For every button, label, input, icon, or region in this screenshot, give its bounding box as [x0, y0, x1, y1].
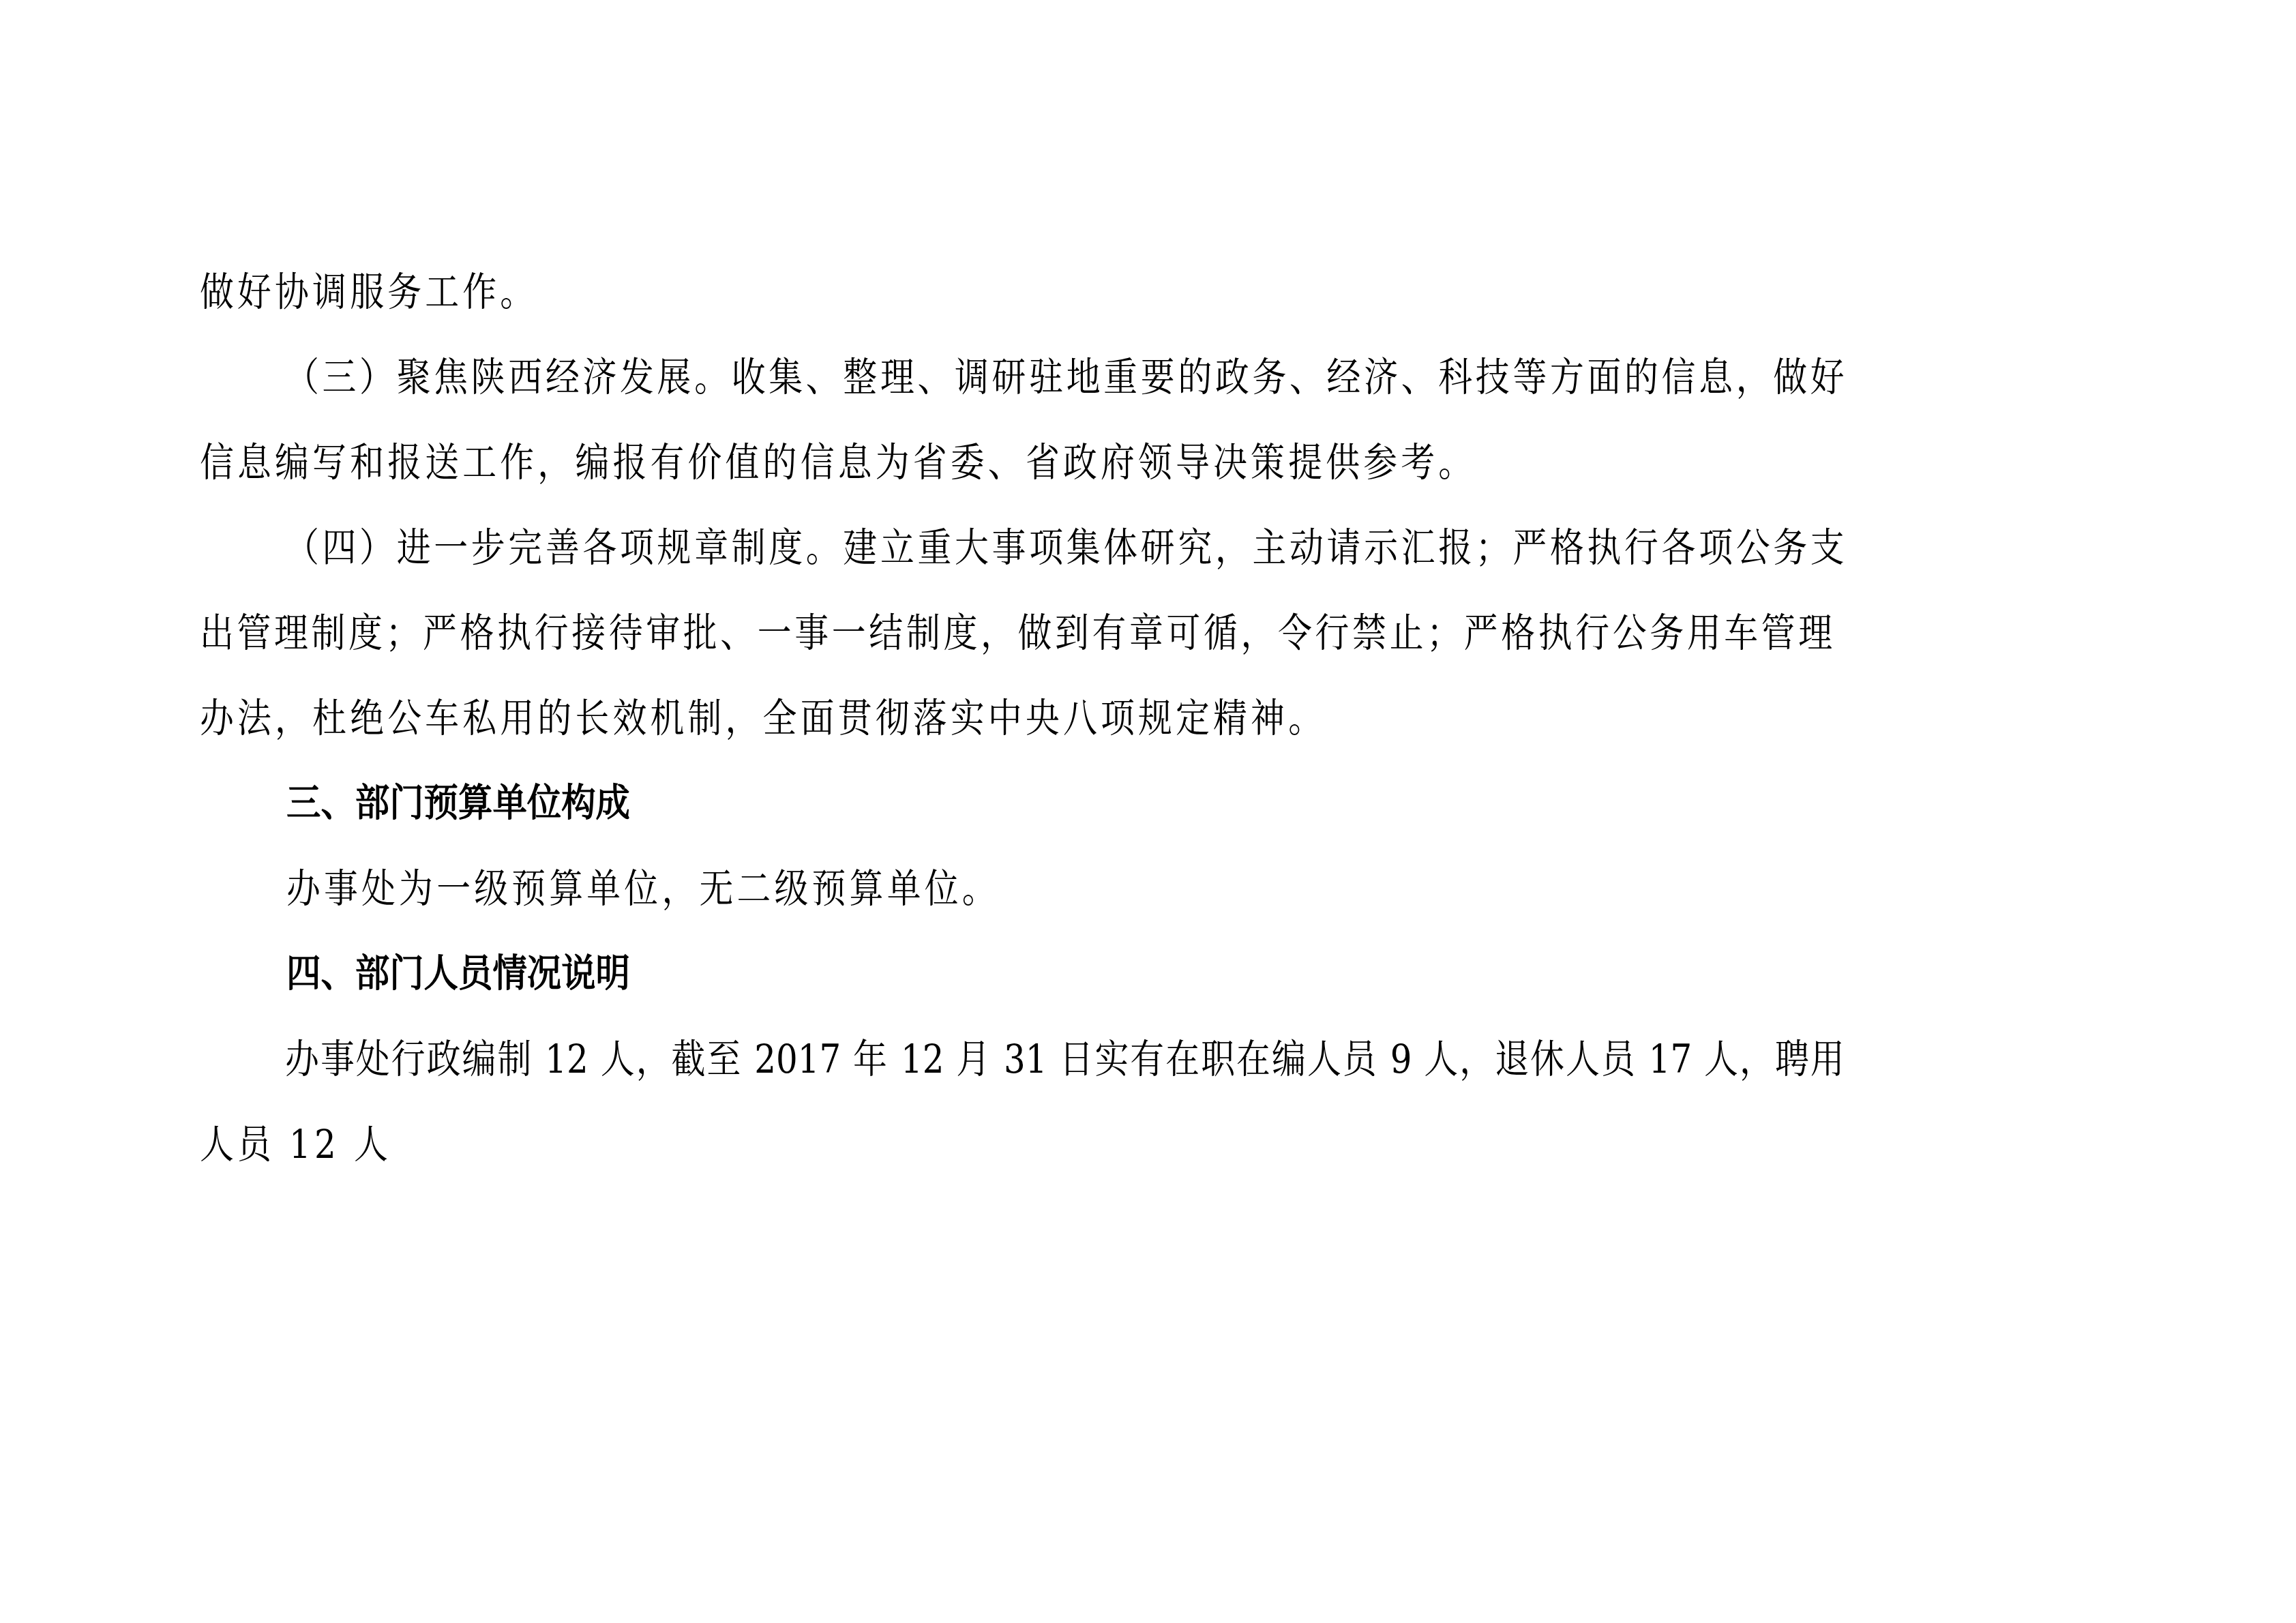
paragraph-staff-line-1: 办事处行政编制 12 人，截至 2017 年 12 月 31 日实有在职在编人员…: [285, 1035, 1845, 1083]
document-page: 做好协调服务工作。 （三）聚焦陕西经济发展。收集、整理、调研驻地重要的政务、经济…: [0, 0, 2296, 1623]
paragraph-item-4-line-1: （四）进一步完善各项规章制度。建立重大事项集体研究，主动请示汇报；严格执行各项公…: [285, 524, 1845, 571]
paragraph-line-continuation: 做好协调服务工作。: [200, 268, 1832, 316]
paragraph-item-3-line-1: （三）聚焦陕西经济发展。收集、整理、调研驻地重要的政务、经济、科技等方面的信息，…: [285, 353, 1845, 401]
paragraph-budget-units: 办事处为一级预算单位，无二级预算单位。: [286, 865, 1919, 912]
section-heading-budget-units: 三、部门预算单位构成: [286, 779, 630, 827]
section-heading-staff: 四、部门人员情况说明: [286, 950, 630, 998]
paragraph-item-4-line-3: 办法，杜绝公车私用的长效机制，全面贯彻落实中央八项规定精神。: [200, 694, 1832, 742]
paragraph-item-3-line-2: 信息编写和报送工作，编报有价值的信息为省委、省政府领导决策提供参考。: [200, 438, 1832, 486]
paragraph-staff-line-2: 人员 12 人: [200, 1120, 1832, 1168]
paragraph-item-4-line-2: 出管理制度；严格执行接待审批、一事一结制度，做到有章可循，令行禁止；严格执行公务…: [200, 609, 1832, 657]
